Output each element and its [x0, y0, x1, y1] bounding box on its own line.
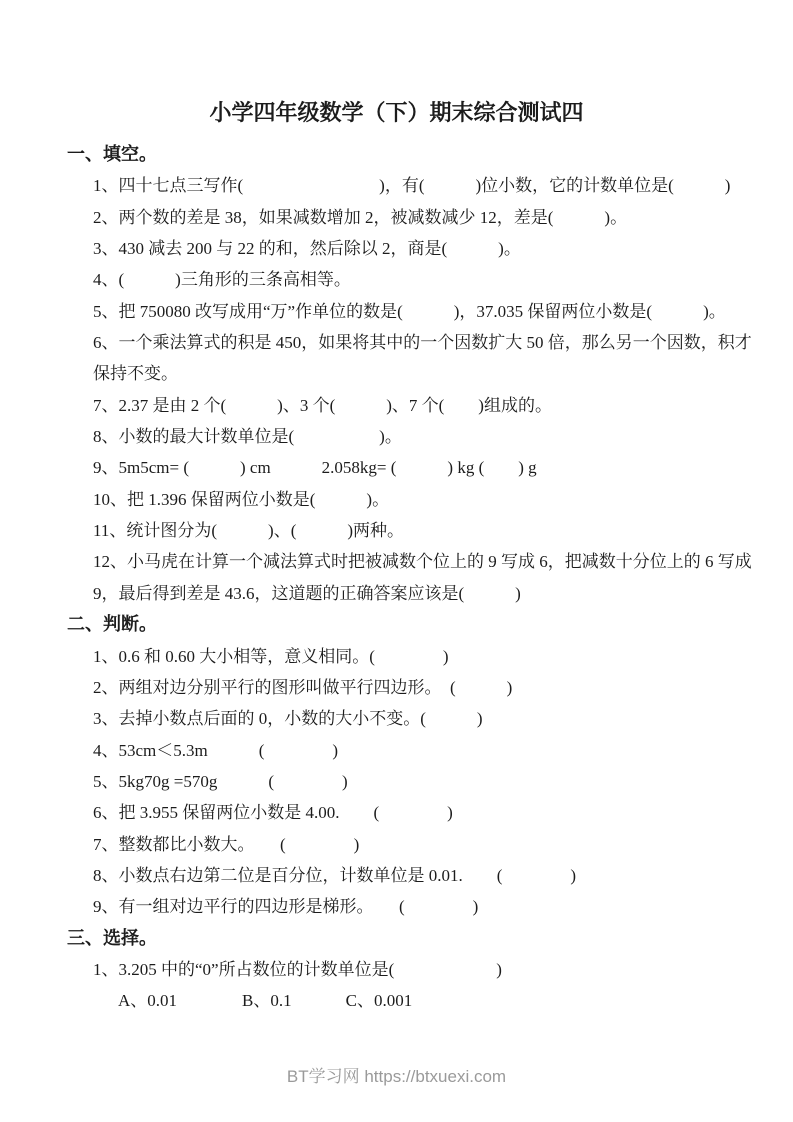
section-heading: 三、选择。	[67, 923, 777, 954]
option-label: A、0.01	[118, 985, 177, 1016]
question-line: 1、3.205 中的“0”所占数位的计数单位是( )	[67, 954, 777, 985]
question-line: 4、53cm＜5.3m ( )	[67, 735, 777, 766]
question-line: 9、有一组对边平行的四边形是梯形。 ( )	[67, 891, 777, 922]
section-heading: 一、填空。	[67, 139, 777, 170]
question-line: 12、小马虎在计算一个减法算式时把被减数个位上的 9 写成 6，把减数十分位上的…	[67, 546, 777, 577]
question-line: 3、430 减去 200 与 22 的和，然后除以 2，商是( )。	[67, 233, 777, 264]
section-heading: 二、判断。	[67, 609, 777, 640]
question-line: 2、两组对边分别平行的图形叫做平行四边形。 ( )	[67, 672, 777, 703]
question-line: 7、整数都比小数大。 ( )	[67, 829, 777, 860]
question-line: 8、小数点右边第二位是百分位，计数单位是 0.01. ( )	[67, 860, 777, 891]
document-body: 一、填空。1、四十七点三写作( )，有( )位小数，它的计数单位是( )2、两个…	[67, 139, 777, 1017]
question-line: 3、去掉小数点后面的 0，小数的大小不变。( )	[67, 703, 777, 734]
test-paper-page: 小学四年级数学（下）期末综合测试四 一、填空。1、四十七点三写作( )，有( )…	[0, 0, 793, 1122]
question-line: 1、四十七点三写作( )，有( )位小数，它的计数单位是( )	[67, 170, 777, 201]
question-line: 7、2.37 是由 2 个( )、3 个( )、7 个( )组成的。	[67, 390, 777, 421]
question-line: 6、把 3.955 保留两位小数是 4.00. ( )	[67, 797, 777, 828]
question-line: 9，最后得到差是 43.6，这道题的正确答案应该是( )	[67, 578, 777, 609]
option-label: B、0.1	[242, 985, 292, 1016]
question-line: 11、统计图分为( )、( )两种。	[67, 515, 777, 546]
footer-site-credit: BT学习网 https://btxuexi.com	[0, 1065, 793, 1089]
choice-options-row: A、0.01B、0.1C、0.001	[67, 985, 777, 1016]
question-line: 10、把 1.396 保留两位小数是( )。	[67, 484, 777, 515]
question-line: 4、( )三角形的三条高相等。	[67, 264, 777, 295]
question-line: 9、5m5cm= ( ) cm 2.058kg= ( ) kg ( ) g	[67, 452, 777, 483]
question-line: 1、0.6 和 0.60 大小相等，意义相同。( )	[67, 641, 777, 672]
question-line: 保持不变。	[67, 358, 777, 389]
option-label: C、0.001	[346, 985, 413, 1016]
page-title: 小学四年级数学（下）期末综合测试四	[0, 98, 793, 128]
question-line: 5、把 750080 改写成用“万”作单位的数是( )，37.035 保留两位小…	[67, 296, 777, 327]
question-line: 5、5kg70g =570g ( )	[67, 766, 777, 797]
question-line: 2、两个数的差是 38，如果减数增加 2，被减数减少 12，差是( )。	[67, 202, 777, 233]
question-line: 6、一个乘法算式的积是 450，如果将其中的一个因数扩大 50 倍，那么另一个因…	[67, 327, 777, 358]
question-line: 8、小数的最大计数单位是( )。	[67, 421, 777, 452]
